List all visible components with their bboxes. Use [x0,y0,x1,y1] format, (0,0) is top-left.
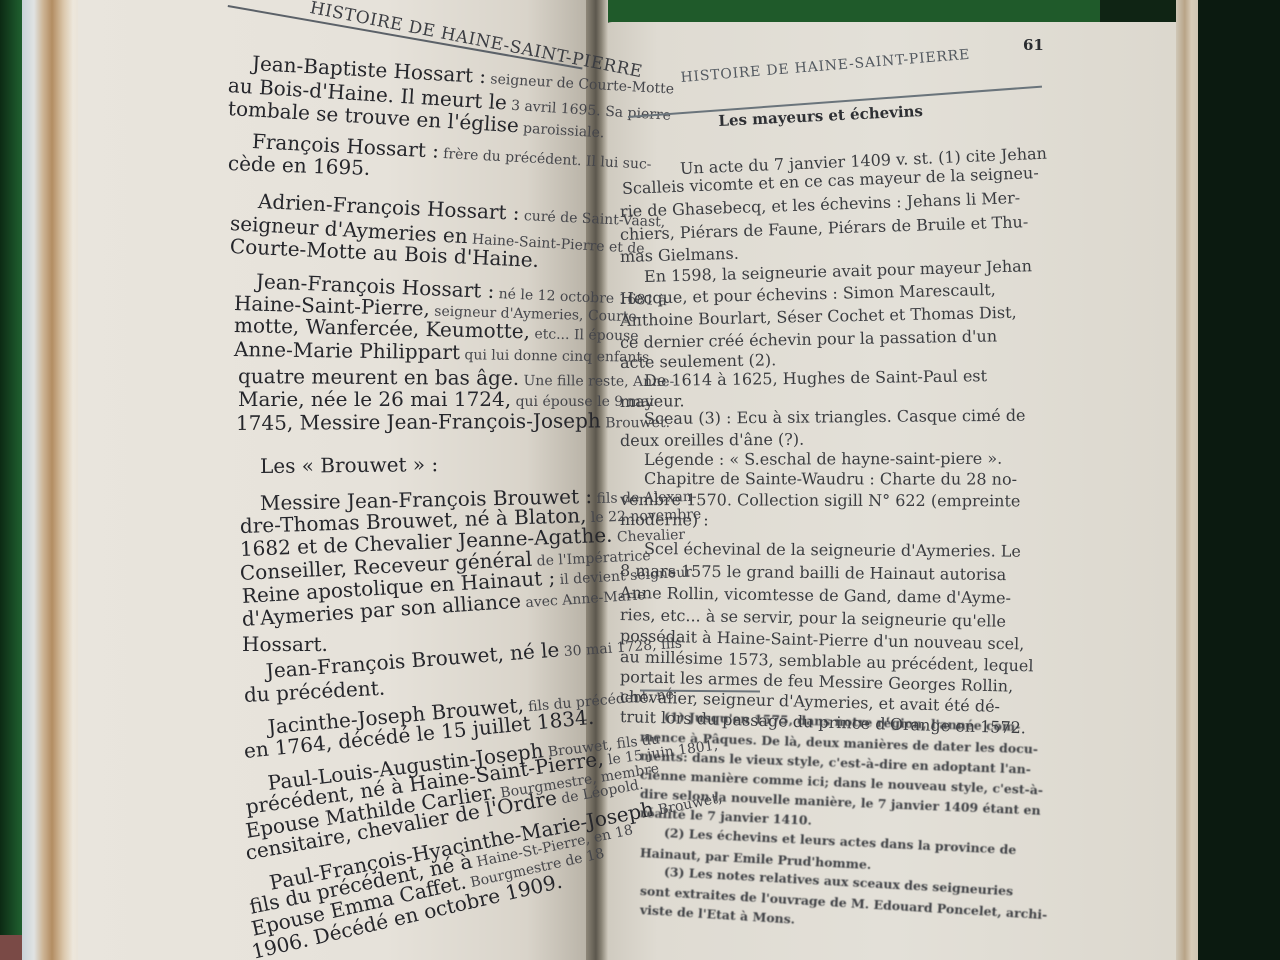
right-page-line: moderne) : [620,511,709,529]
line-text: 1745, Messire Jean-François-Joseph [236,408,601,435]
left-page-line: 1745, Messire Jean-François-Joseph Brouw… [236,409,670,437]
line-text: Marie, née le 26 mai 1724, [238,387,511,411]
right-page-line: Sceau (3) : Ecu à six triangles. Casque … [644,407,1026,428]
line-text-foreshortened: paroissiale. [518,120,605,141]
left-page-line: cède en 1695. [228,152,371,179]
right-page-line: vembre 1570. Collection sigill N° 622 (e… [620,491,1020,510]
page-edges-right [1176,0,1198,960]
page-number: 61 [1023,36,1044,54]
left-page-line: Les « Brouwet » : [260,453,438,477]
line-text: Les « Brouwet » : [260,452,438,478]
background-dark [1196,0,1280,960]
right-page-line: Légende : « S.eschal de hayne-saint-pier… [644,450,1002,469]
line-text: Anne-Marie Philippart [234,337,460,364]
right-page-line: Scel échevinal de la seigneurie d'Aymeri… [644,540,1021,561]
book-cover-top [540,0,1100,22]
line-text: Hossart. [242,632,328,656]
right-page-line: Chapitre de Sainte-Waudru : Charte du 28… [644,470,1017,489]
right-page-line: deux oreilles d'âne (?). [620,431,804,450]
left-page-line: Hossart. [242,633,328,655]
page-edges-left [22,0,82,960]
right-page-line: mas Gielmans. [620,245,739,266]
line-text: cède en 1695. [228,151,371,180]
